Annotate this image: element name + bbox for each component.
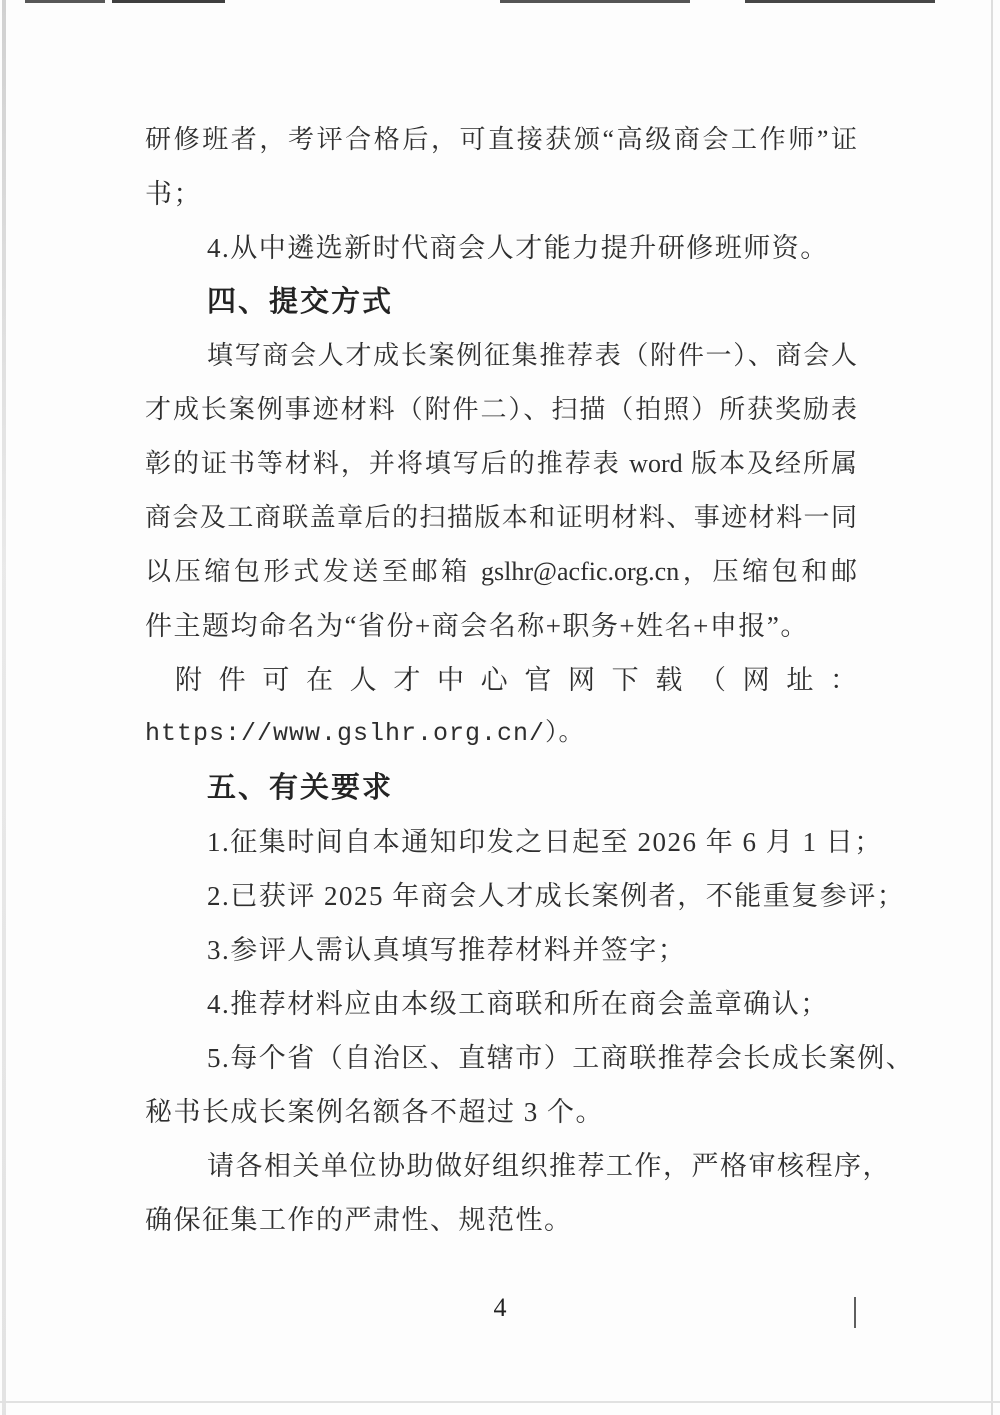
list-item-5: 5.每个省（自治区、直辖市）工商联推荐会长成长案例、 <box>145 1031 857 1085</box>
text-line: 请各相关单位协助做好组织推荐工作，严格审核程序， <box>145 1139 857 1193</box>
scan-artifact-top-mark <box>745 0 935 3</box>
list-item-2: 2.已获评 2025 年商会人才成长案例者，不能重复参评； <box>145 869 857 923</box>
text-line-email: 以压缩包形式发送至邮箱 gslhr@acfic.org.cn，压缩包和邮 <box>145 545 857 599</box>
text-line-attachment-note: 附 件 可 在 人 才 中 心 官 网 下 载 （ 网 址 ： <box>145 653 857 707</box>
section-heading-requirements: 五、有关要求 <box>145 761 857 815</box>
text-line: 书； <box>145 167 857 221</box>
text-line: 件主题均命名为“省份+商会名称+职务+姓名+申报”。 <box>145 599 857 653</box>
scan-artifact-top-mark <box>25 0 105 3</box>
scanned-document-page: 研修班者，考评合格后，可直接获颁“高级商会工作师”证 书； 4.从中遴选新时代商… <box>0 0 1000 1415</box>
text-line: 填写商会人才成长案例征集推荐表（附件一）、商会人 <box>145 329 857 383</box>
text-line: 研修班者，考评合格后，可直接获颁“高级商会工作师”证 <box>145 113 857 167</box>
document-content: 研修班者，考评合格后，可直接获颁“高级商会工作师”证 书； 4.从中遴选新时代商… <box>145 113 857 1247</box>
text-line: 彰的证书等材料，并将填写后的推荐表 word 版本及经所属 <box>145 437 857 491</box>
list-item-4b: 4.推荐材料应由本级工商联和所在商会盖章确认； <box>145 977 857 1031</box>
scan-artifact-right-edge <box>991 0 993 1415</box>
list-item-1: 1.征集时间自本通知印发之日起至 2026 年 6 月 1 日； <box>145 815 857 869</box>
text-line: 秘书长成长案例名额各不超过 3 个。 <box>145 1085 857 1139</box>
scan-artifact-top-mark <box>112 0 225 3</box>
scan-artifact-left-edge <box>2 0 6 1415</box>
scan-artifact-top-mark <box>500 0 690 3</box>
text-line: 商会及工商联盖章后的扫描版本和证明材料、事迹材料一同 <box>145 491 857 545</box>
text-line: 才成长案例事迹材料（附件二）、扫描（拍照）所获奖励表 <box>145 383 857 437</box>
list-item-3: 3.参评人需认真填写推荐材料并签字； <box>145 923 857 977</box>
text-line: 确保征集工作的严肃性、规范性。 <box>145 1193 857 1247</box>
list-item-4: 4.从中遴选新时代商会人才能力提升研修班师资。 <box>145 221 857 275</box>
scan-artifact-bottom-line <box>0 1401 1000 1403</box>
page-number: 4 <box>0 1288 1000 1328</box>
text-line-url: https://www.gslhr.org.cn/）。 <box>145 707 857 761</box>
section-heading-submission-method: 四、提交方式 <box>145 275 857 329</box>
